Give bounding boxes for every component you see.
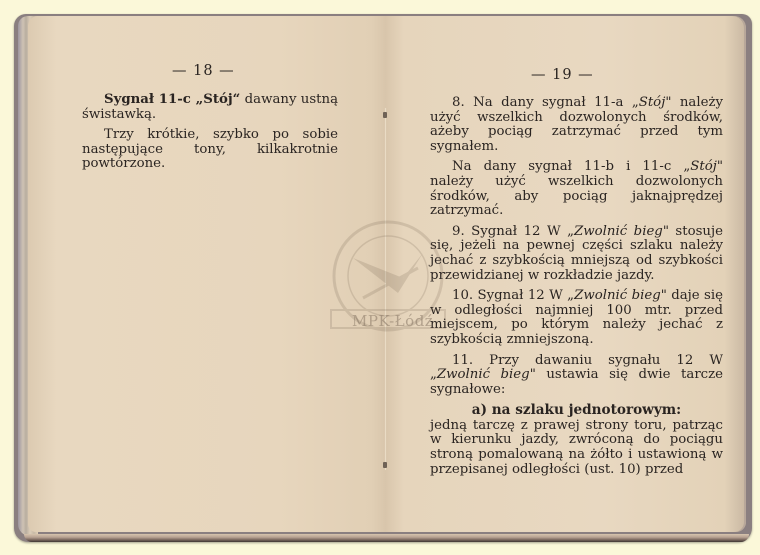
paragraph-8b: Na dany sygnał 11-b i 11-c „Stój" należy…	[430, 160, 723, 218]
binding-stitch-bottom	[383, 462, 387, 468]
right-page-text: 8. Na dany sygnał 11-a „Stój" należy uży…	[430, 96, 723, 483]
paragraph-9: 9. Sygnał 12 W „Zwolnić bieg" stosuje si…	[430, 225, 723, 283]
left-page-text: Sygnał 11-c „Stój“ dawany ustną świstawk…	[82, 93, 338, 178]
paragraph-10: 10. Sygnał 12 W „Zwolnić bieg" daje się …	[430, 289, 723, 347]
watermark-brand: MPK-Łódź	[352, 312, 433, 330]
paragraph-single-track: jedną tarczę z prawej strony toru, patrz…	[430, 419, 723, 477]
paragraph-8: 8. Na dany sygnał 11-a „Stój" należy uży…	[430, 96, 723, 154]
page-number-left: — 18 —	[172, 63, 235, 79]
paragraph-signal-description: Trzy krótkie, szybko po sobie następując…	[82, 128, 338, 172]
paragraph-11: 11. Przy dawaniu sygnału 12 W „Zwolnić b…	[430, 354, 723, 398]
subheading-single-track: a) na szlaku jednotorowym:	[430, 403, 723, 418]
page-stack-bottom-edge	[24, 534, 749, 542]
signal-title: Sygnał 11-c „Stój“	[104, 92, 240, 107]
binding-stitch-top	[383, 112, 387, 118]
paragraph-signal-11c: Sygnał 11-c „Stój“ dawany ustną świstawk…	[82, 93, 338, 122]
page-number-right: — 19 —	[531, 67, 594, 83]
